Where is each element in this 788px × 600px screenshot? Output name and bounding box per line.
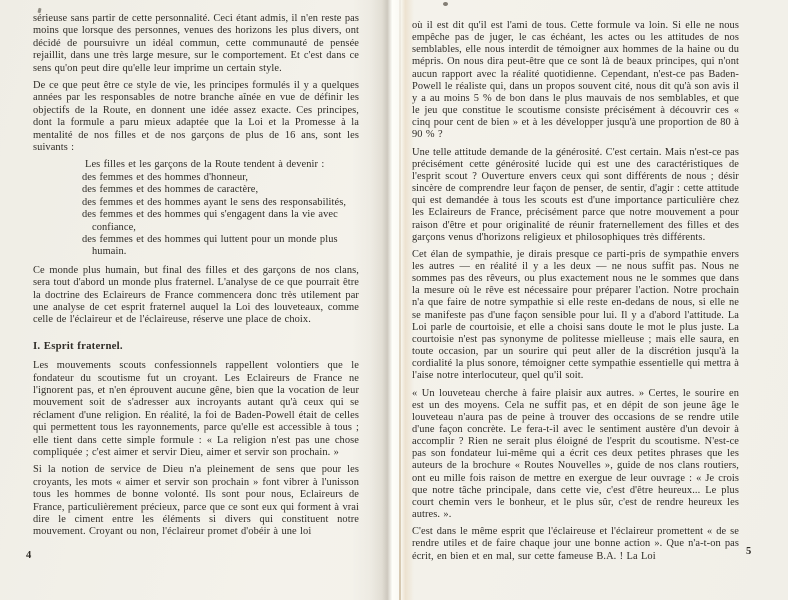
paragraph: De ce que peut être ce style de vie, les…	[33, 80, 359, 154]
page-number-right: 5	[746, 546, 751, 557]
principle-item: des femmes et des hommes qui s'engagent …	[82, 209, 359, 234]
paragraph: C'est dans le même esprit que l'éclaireu…	[412, 526, 739, 562]
page-right-text-column: où il est dit qu'il est l'ami de tous. C…	[412, 20, 739, 568]
paragraph: Les mouvements scouts confessionnels rap…	[33, 360, 359, 459]
principle-item: des femmes et des hommes ayant le sens d…	[82, 197, 359, 209]
principle-item: des femmes et des hommes de caractère,	[82, 184, 359, 196]
paragraph: où il est dit qu'il est l'ami de tous. C…	[412, 20, 739, 142]
section-heading-esprit-fraternel: I. Esprit fraternel.	[33, 340, 359, 352]
paragraph: Cet élan de sympathie, je dirais presque…	[412, 249, 739, 383]
paragraph: « Un louveteau cherche à faire plaisir a…	[412, 388, 739, 522]
page-number-left: 4	[26, 550, 31, 561]
principles-intro: Les filles et les garçons de la Route te…	[82, 159, 359, 171]
route-principles-list: Les filles et les garçons de la Route te…	[33, 159, 359, 258]
principle-item: des femmes et des hommes d'honneur,	[82, 172, 359, 184]
page-gutter-shadow	[352, 0, 414, 600]
paragraph: Une telle attitude demande de la généros…	[412, 147, 739, 244]
book-spread: sérieuse sans partir de cette personnali…	[0, 0, 788, 600]
principle-item: des femmes et des hommes qui luttent pou…	[82, 234, 359, 259]
paragraph: Ce monde plus humain, but final des fill…	[33, 265, 359, 327]
page-gutter-crease	[399, 0, 401, 600]
page-left-text-column: sérieuse sans partir de cette personnali…	[33, 13, 359, 544]
scan-speck	[443, 2, 448, 6]
paragraph: sérieuse sans partir de cette personnali…	[33, 13, 359, 75]
paragraph: Si la notion de service de Dieu n'a plei…	[33, 464, 359, 538]
